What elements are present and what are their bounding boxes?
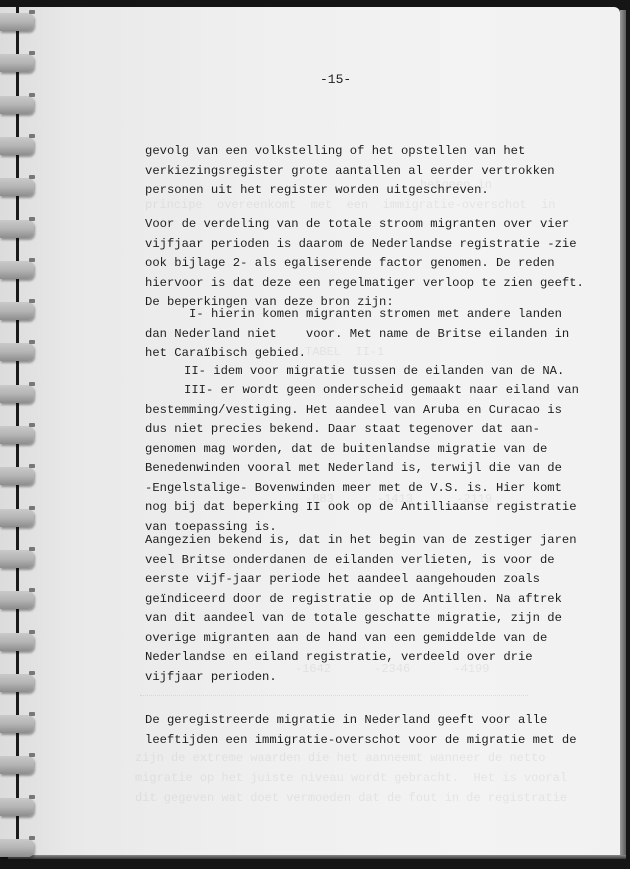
text-line: eerste vijf-jaar periode het aandeel aan… xyxy=(145,570,520,590)
limitation-1: I- hierin komen migranten stromen met an… xyxy=(145,305,520,364)
text-line: dus niet precies bekend. Daar staat tege… xyxy=(145,420,520,440)
text-line: vijfjaar perioden is daarom de Nederland… xyxy=(145,235,520,255)
text-line: dan Nederland niet voor. Met name de Bri… xyxy=(145,325,520,345)
text-line: ook bijlage 2- als egaliserende factor g… xyxy=(145,254,520,274)
page-edge xyxy=(620,10,626,855)
binding-ring xyxy=(0,220,34,238)
text-line: II- idem voor migratie tussen de eilande… xyxy=(145,362,520,382)
text-line: De geregistreerde migratie in Nederland … xyxy=(145,711,520,731)
binding-ring xyxy=(0,426,34,444)
bleed-through-rule xyxy=(140,695,528,697)
text-line: verkiezingsregister grote aantallen al e… xyxy=(145,162,520,182)
limitation-3: III- er wordt geen onderscheid gemaakt n… xyxy=(145,381,520,537)
text-line: van dit aandeel van de totale geschatte … xyxy=(145,609,520,629)
paragraph-continuation: gevolg van een volkstelling of het opste… xyxy=(145,142,520,201)
binding-ring xyxy=(0,756,34,774)
binding-ring xyxy=(0,385,34,403)
page-number: -15- xyxy=(320,72,351,87)
limitation-2: II- idem voor migratie tussen de eilande… xyxy=(145,362,520,382)
text-line: Benedenwinden vooral met Nederland is, t… xyxy=(145,459,520,479)
binding-ring xyxy=(0,261,34,279)
binding-ring xyxy=(0,798,34,816)
text-line: hiervoor is dat deze een regelmatiger ve… xyxy=(145,274,520,294)
binding-ring xyxy=(0,343,34,361)
paragraph-distribution: Voor de verdeling van de totale stroom m… xyxy=(145,215,520,313)
text-line: het Caraïbisch gebied. xyxy=(145,344,520,364)
text-line: bestemming/vestiging. Het aandeel van Ar… xyxy=(145,401,520,421)
binding-ring xyxy=(0,13,34,31)
text-line: veel Britse onderdanen de eilanden verli… xyxy=(145,551,520,571)
text-line: Voor de verdeling van de totale stroom m… xyxy=(145,215,520,235)
paragraph-british: Aangezien bekend is, dat in het begin va… xyxy=(145,531,520,687)
paragraph-registered-migration: De geregistreerde migratie in Nederland … xyxy=(145,711,520,750)
text-line: geïndiceerd door de registratie op de An… xyxy=(145,590,520,610)
bleed-through-text: migratie op het juiste niveau wordt gebr… xyxy=(135,771,567,785)
binding-ring xyxy=(0,591,34,609)
text-line: nog bij dat beperking II ook op de Antil… xyxy=(145,498,520,518)
binding-ring xyxy=(0,178,34,196)
binding-ring xyxy=(0,550,34,568)
text-line: overige migranten aan de hand van een ge… xyxy=(145,629,520,649)
text-line: personen uit het register worden uitgesc… xyxy=(145,181,520,201)
bleed-through-text: zijn de extreme waarden die het aanneemt… xyxy=(135,751,545,765)
text-line: I- hierin komen migranten stromen met an… xyxy=(145,305,520,325)
text-line: Aangezien bekend is, dat in het begin va… xyxy=(145,531,520,551)
binding-ring xyxy=(0,467,34,485)
text-line: vijfjaar perioden. xyxy=(145,668,520,688)
text-line: gevolg van een volkstelling of het opste… xyxy=(145,142,520,162)
binding-ring xyxy=(0,54,34,72)
text-line: genomen mag worden, dat de buitenlandse … xyxy=(145,440,520,460)
binding-ring xyxy=(0,715,34,733)
text-line: Nederlandse en eiland registratie, verde… xyxy=(145,648,520,668)
binding-ring xyxy=(0,509,34,527)
binding-ring xyxy=(0,302,34,320)
spiral-binding xyxy=(0,7,40,857)
text-line: III- er wordt geen onderscheid gemaakt n… xyxy=(145,381,520,401)
text-line: -Engelstalige- Bovenwinden meer met de V… xyxy=(145,479,520,499)
binding-ring xyxy=(0,839,34,857)
binding-ring xyxy=(0,633,34,651)
bleed-through-text: dit gegeven wat doet vermoeden dat de fo… xyxy=(135,791,567,805)
binding-ring xyxy=(0,674,34,692)
binding-ring xyxy=(0,137,34,155)
binding-ring xyxy=(0,96,34,114)
text-line: leeftijden een immigratie-overschot voor… xyxy=(145,731,520,751)
page-edge-bottom xyxy=(8,855,626,859)
